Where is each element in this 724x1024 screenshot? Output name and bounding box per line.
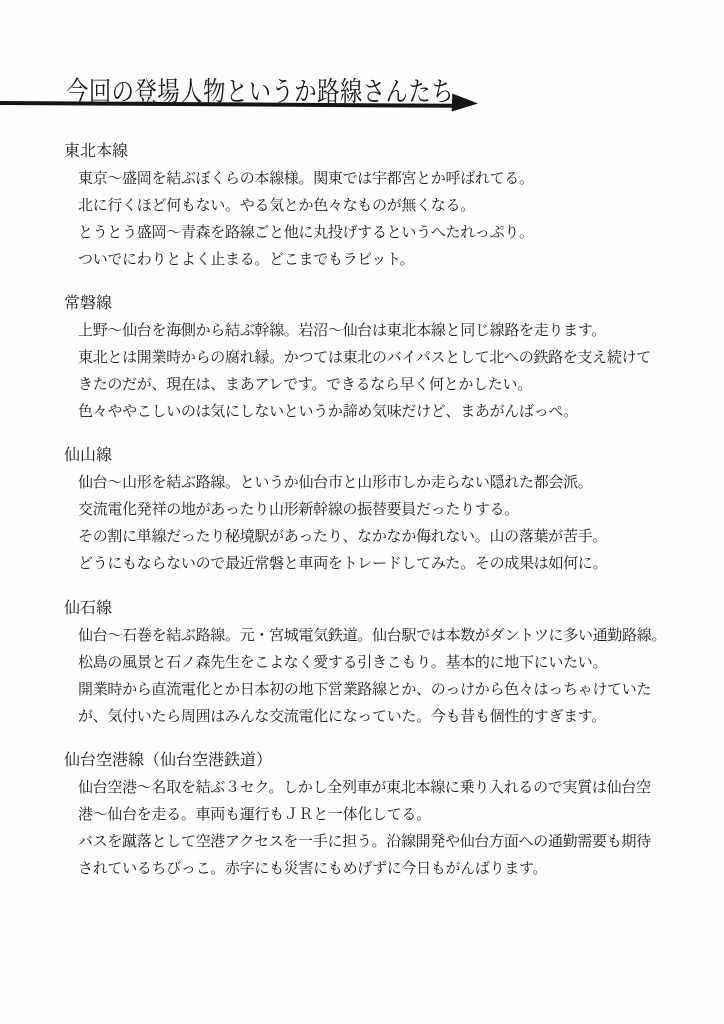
body-line: 北に行くほど何もない。やる気とか色々なものが無くなる。 [0,192,724,219]
body-line: 松島の風景と石ノ森先生をこよなく愛する引きこもり。基本的に地下にいたい。 [0,649,724,676]
body-line: 仙台空港～名取を結ぶ３セク。しかし全列車が東北本線に乗り入れるので実質は仙台空 [0,774,724,801]
body-line: 港～仙台を走る。車両も運行もＪＲと一体化してる。 [0,801,724,828]
body-line: 開業時から直流電化とか日本初の地下営業路線とか、のっけから色々はっちゃけていた [0,676,724,703]
section-tohoku-main-line: 東北本線 東京～盛岡を結ぶぼくらの本線様。関東では宇都宮とか呼ばれてる。 北に行… [0,138,724,273]
body-line: 仙台～石巻を結ぶ路線。元・宮城電気鉄道。仙台駅では本数がダントツに多い通勤路線。 [0,622,724,649]
body-line: 色々ややこしいのは気にしないというか諦め気味だけど、まあがんばっぺ。 [0,398,724,425]
section-senzan-line: 仙山線 仙台～山形を結ぶ路線。というか仙台市と山形市しか走らない隠れた都会派。 … [0,442,724,577]
body-line: 仙台～山形を結ぶ路線。というか仙台市と山形市しか走らない隠れた都会派。 [0,469,724,496]
section-joban-line: 常磐線 上野～仙台を海側から結ぶ幹線。岩沼～仙台は東北本線と同じ線路を走ります。… [0,290,724,425]
body-line: とうとう盛岡～青森を路線ごと他に丸投げするというへたれっぷり。 [0,219,724,246]
body-line: 東北とは開業時からの腐れ縁。かつては東北のバイパスとして北への鉄路を支え続けて [0,344,724,371]
section-heading: 東北本線 [0,138,724,165]
section-sendai-airport-line: 仙台空港線（仙台空港鉄道） 仙台空港～名取を結ぶ３セク。しかし全列車が東北本線に… [0,747,724,882]
body-line: 交流電化発祥の地があったり山形新幹線の振替要員だったりする。 [0,496,724,523]
section-heading: 仙台空港線（仙台空港鉄道） [0,747,724,774]
section-senseki-line: 仙石線 仙台～石巻を結ぶ路線。元・宮城電気鉄道。仙台駅では本数がダントツに多い通… [0,595,724,730]
body-line: きたのだが、現在は、まあアレです。できるなら早く何とかしたい。 [0,371,724,398]
body-line: 上野～仙台を海側から結ぶ幹線。岩沼～仙台は東北本線と同じ線路を走ります。 [0,317,724,344]
body-line: ついでにわりとよく止まる。どこまでもラビット。 [0,246,724,273]
body-line: が、気付いたら周囲はみんな交流電化になっていた。今も昔も個性的すぎます。 [0,703,724,730]
section-heading: 仙山線 [0,442,724,469]
body-line: バスを蹴落として空港アクセスを一手に担う。沿線開発や仙台方面への通勤需要も期待 [0,828,724,855]
body-line: されているちびっこ。赤字にも災害にもめげずに今日もがんばります。 [0,855,724,882]
body-line: その割に単線だったり秘境駅があったり、なかなか侮れない。山の落葉が苦手。 [0,523,724,550]
right-arrow-icon [452,94,479,113]
body-line: どうにもならないので最近常磐と車両をトレードしてみた。その成果は如何に。 [0,550,724,577]
body-line: 東京～盛岡を結ぶぼくらの本線様。関東では宇都宮とか呼ばれてる。 [0,165,724,192]
section-heading: 仙石線 [0,595,724,622]
section-heading: 常磐線 [0,290,724,317]
document-page: 今回の登場人物というか路線さんたち 東北本線 東京～盛岡を結ぶぼくらの本線様。関… [0,0,724,1024]
